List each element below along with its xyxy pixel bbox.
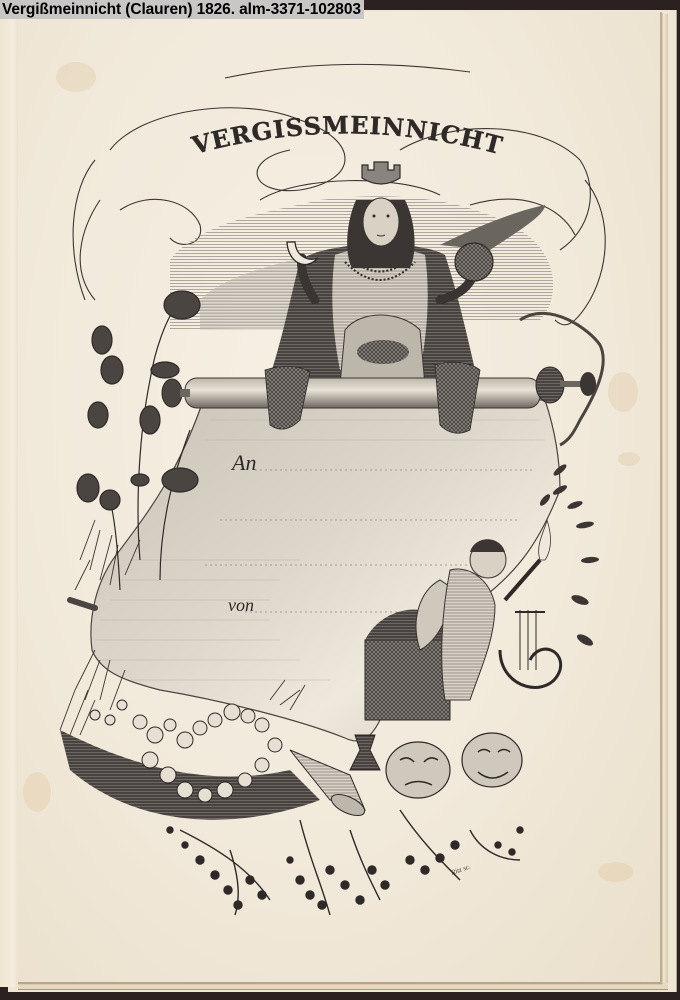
caption-bar: Vergißmeinnicht (Clauren) 1826. alm-3371… [0, 0, 364, 19]
address-to-label: An [230, 450, 256, 475]
engraved-plate: VERGISSMEINNICHT [0, 0, 680, 1000]
berry-branches [167, 810, 523, 915]
lyre-icon [500, 649, 561, 687]
globe-icon [455, 243, 493, 281]
crown-icon [362, 162, 400, 184]
plate-title: VERGISSMEINNICHT [188, 110, 506, 160]
tragedy-mask-icon [386, 742, 450, 798]
theatre-masks [386, 733, 522, 798]
rose-garland [60, 700, 320, 820]
horn-left [70, 600, 95, 608]
engraver-signature: Ritz sc. [449, 862, 472, 877]
caption-text: Vergißmeinnicht (Clauren) 1826. alm-3371… [2, 1, 361, 18]
comedy-mask-icon [462, 733, 522, 787]
address-from-label: von [228, 595, 254, 615]
